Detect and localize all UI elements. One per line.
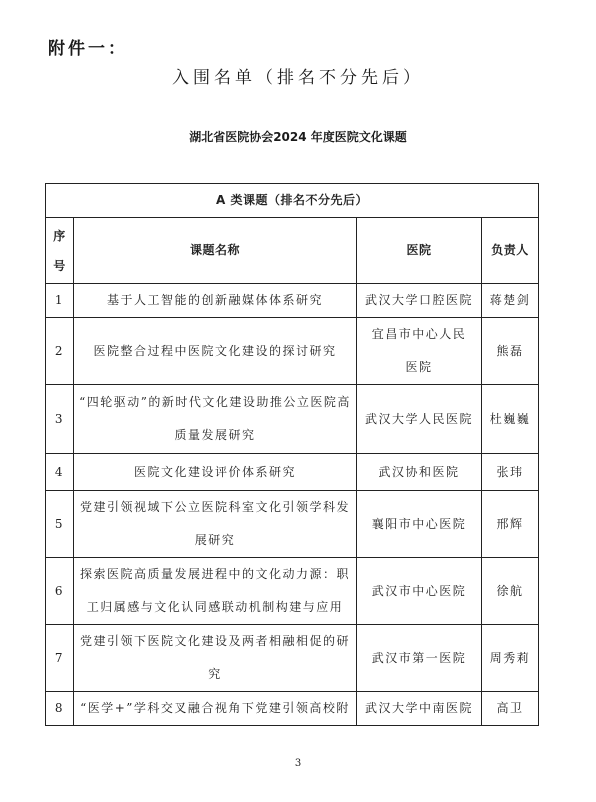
table-row: 7 党建引领下医院文化建设及两者相融相促的研究 武汉市第一医院 周秀莉 <box>46 625 539 692</box>
table-row: 1 基于人工智能的创新融媒体体系研究 武汉大学口腔医院 蒋楚剑 <box>46 284 539 318</box>
table-row: 4 医院文化建设评价体系研究 武汉协和医院 张玮 <box>46 454 539 491</box>
row-hospital: 武汉市第一医院 <box>357 625 482 692</box>
column-header-title: 课题名称 <box>74 218 357 284</box>
table-row: 2 医院整合过程中医院文化建设的探讨研究 宜昌市中心人民医院 熊磊 <box>46 318 539 385</box>
row-title: 党建引领视域下公立医院科室文化引领学科发展研究 <box>74 491 357 558</box>
row-lead: 高卫 <box>482 692 539 726</box>
column-header-lead: 负责人 <box>482 218 539 284</box>
row-title: 医院文化建设评价体系研究 <box>74 454 357 491</box>
row-hospital: 襄阳市中心医院 <box>357 491 482 558</box>
row-lead: 杜巍巍 <box>482 385 539 454</box>
row-no: 8 <box>46 692 74 726</box>
row-title: “医学+”学科交叉融合视角下党建引领高校附 <box>74 692 357 726</box>
row-hospital: 武汉大学口腔医院 <box>357 284 482 318</box>
row-title: 医院整合过程中医院文化建设的探讨研究 <box>74 318 357 385</box>
row-no: 1 <box>46 284 74 318</box>
row-lead: 熊磊 <box>482 318 539 385</box>
document-title: 入围名单（排名不分先后） <box>0 63 596 88</box>
column-header-no-line1: 序 <box>50 221 69 251</box>
table-row: 5 党建引领视域下公立医院科室文化引领学科发展研究 襄阳市中心医院 邢辉 <box>46 491 539 558</box>
category-header: A 类课题（排名不分先后） <box>46 184 539 218</box>
row-lead: 蒋楚剑 <box>482 284 539 318</box>
row-lead: 张玮 <box>482 454 539 491</box>
column-header-hospital: 医院 <box>357 218 482 284</box>
row-hospital: 武汉大学人民医院 <box>357 385 482 454</box>
row-hospital: 宜昌市中心人民医院 <box>357 318 482 385</box>
row-no: 5 <box>46 491 74 558</box>
row-title: “四轮驱动”的新时代文化建设助推公立医院高质量发展研究 <box>74 385 357 454</box>
row-title: 探索医院高质量发展进程中的文化动力源：职工归属感与文化认同感联动机制构建与应用 <box>74 558 357 625</box>
row-title: 基于人工智能的创新融媒体体系研究 <box>74 284 357 318</box>
row-title: 党建引领下医院文化建设及两者相融相促的研究 <box>74 625 357 692</box>
column-header-row: 序 号 课题名称 医院 负责人 <box>46 218 539 284</box>
annex-label: 附件一： <box>48 34 128 59</box>
row-no: 6 <box>46 558 74 625</box>
table-row: 8 “医学+”学科交叉融合视角下党建引领高校附 武汉大学中南医院 高卫 <box>46 692 539 726</box>
shortlist-table: A 类课题（排名不分先后） 序 号 课题名称 医院 负责人 1 基于人工智能的创… <box>45 183 539 726</box>
table-row: 6 探索医院高质量发展进程中的文化动力源：职工归属感与文化认同感联动机制构建与应… <box>46 558 539 625</box>
column-header-no: 序 号 <box>46 218 74 284</box>
row-hospital: 武汉大学中南医院 <box>357 692 482 726</box>
row-no: 2 <box>46 318 74 385</box>
table-row: 3 “四轮驱动”的新时代文化建设助推公立医院高质量发展研究 武汉大学人民医院 杜… <box>46 385 539 454</box>
row-hospital: 武汉市中心医院 <box>357 558 482 625</box>
row-no: 4 <box>46 454 74 491</box>
document-subtitle: 湖北省医院协会2024 年度医院文化课题 <box>0 128 596 145</box>
page-number: 3 <box>0 758 596 769</box>
row-lead: 徐航 <box>482 558 539 625</box>
category-header-row: A 类课题（排名不分先后） <box>46 184 539 218</box>
column-header-no-line2: 号 <box>50 251 69 281</box>
row-no: 7 <box>46 625 74 692</box>
row-no: 3 <box>46 385 74 454</box>
row-lead: 邢辉 <box>482 491 539 558</box>
row-lead: 周秀莉 <box>482 625 539 692</box>
row-hospital: 武汉协和医院 <box>357 454 482 491</box>
